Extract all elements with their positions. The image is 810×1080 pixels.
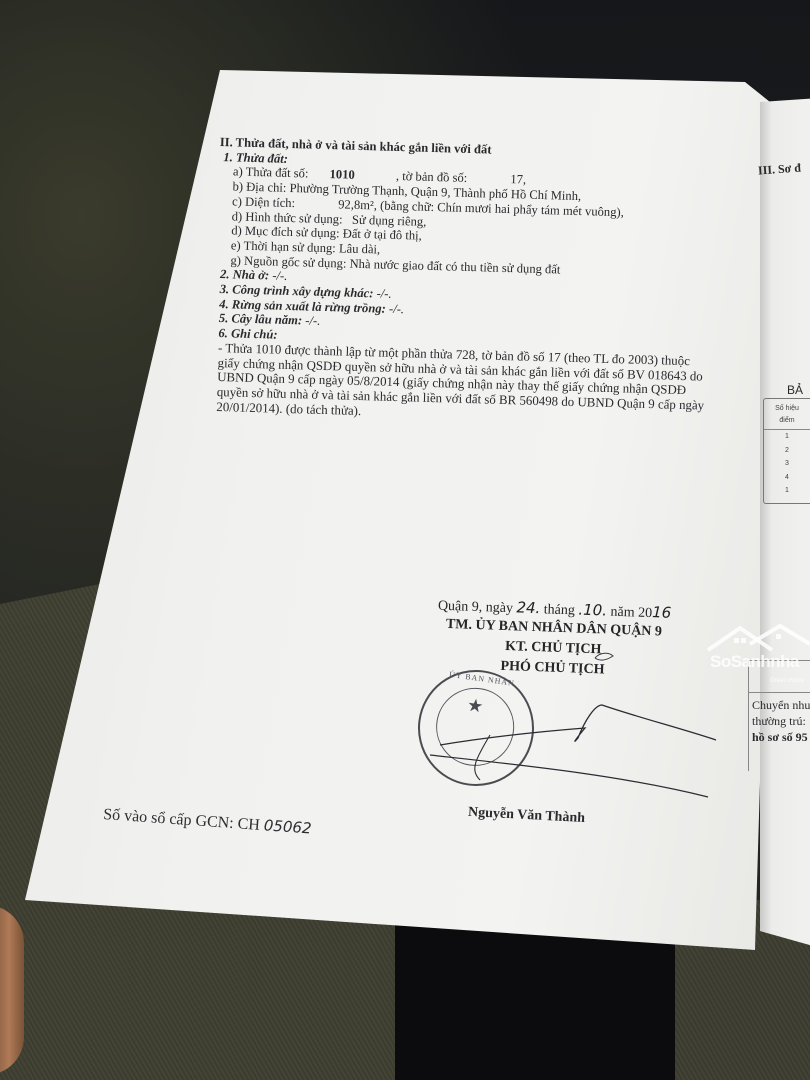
usage-form-value: Sử dụng riêng, (352, 212, 427, 228)
watermark: SoSanhnha Great choice (704, 620, 810, 690)
right-box-divider (748, 692, 810, 693)
table-row: 4 (764, 471, 810, 485)
address-label: b) Địa chỉ: (232, 179, 286, 194)
parcel-label: a) Thửa đất số: (233, 165, 309, 181)
watermark-brand: SoSanhnha (710, 652, 799, 672)
registry-value: 05062 (263, 816, 312, 837)
document-body: II. Thửa đất, nhà ở và tài sản khác gắn … (212, 135, 740, 429)
table-row: 2 (764, 444, 810, 458)
area-label: c) Diện tích: (232, 194, 295, 210)
date-prefix: Quận 9, ngày (438, 599, 514, 617)
table-header: Số hiệu điểm (764, 399, 810, 430)
table-row: 1 (764, 484, 810, 498)
date-year-suffix: 16 (652, 603, 672, 622)
map-sheet-number: 17, (510, 173, 526, 187)
usage-term-value: Lâu dài, (339, 241, 381, 256)
date-month-label: tháng (544, 602, 576, 618)
date-year-label: năm 20 (610, 605, 652, 621)
house-label: 2. Nhà ở: (220, 267, 269, 282)
right-section-heading: III. Sơ đ (758, 161, 802, 179)
other-construction-value: -/-. (376, 286, 391, 300)
date-month: .10. (578, 601, 607, 620)
perennial-trees-label: 5. Cây lâu năm: (219, 311, 303, 327)
certificate-right-page (760, 98, 810, 948)
perennial-trees-value: -/-. (305, 314, 320, 328)
date-day: 24. (516, 598, 540, 617)
notes-text: - Thửa 1010 được thành lập từ một phần t… (212, 341, 708, 428)
watermark-tagline: Great choice (770, 678, 804, 684)
star-icon: ★ (466, 695, 485, 718)
table-row: 3 (764, 457, 810, 471)
right-table-title: BẢ (787, 383, 803, 397)
usage-purpose-value: Đất ở tại đô thị, (343, 227, 422, 243)
house-value: -/-. (272, 269, 287, 283)
map-sheet-label: , tờ bản đồ số: (396, 169, 468, 185)
thumb (0, 905, 24, 1075)
house-logo-icon (704, 620, 810, 654)
right-box-text: Chuyển nhu thường trú: hồ sơ số 95 (752, 697, 810, 745)
table-row: 1 (764, 430, 810, 444)
parcel-number: 1010 (329, 167, 355, 182)
plantation-forest-value: -/-. (389, 302, 404, 316)
coordinate-table: Số hiệu điểm 1 2 3 4 1 (763, 398, 810, 504)
